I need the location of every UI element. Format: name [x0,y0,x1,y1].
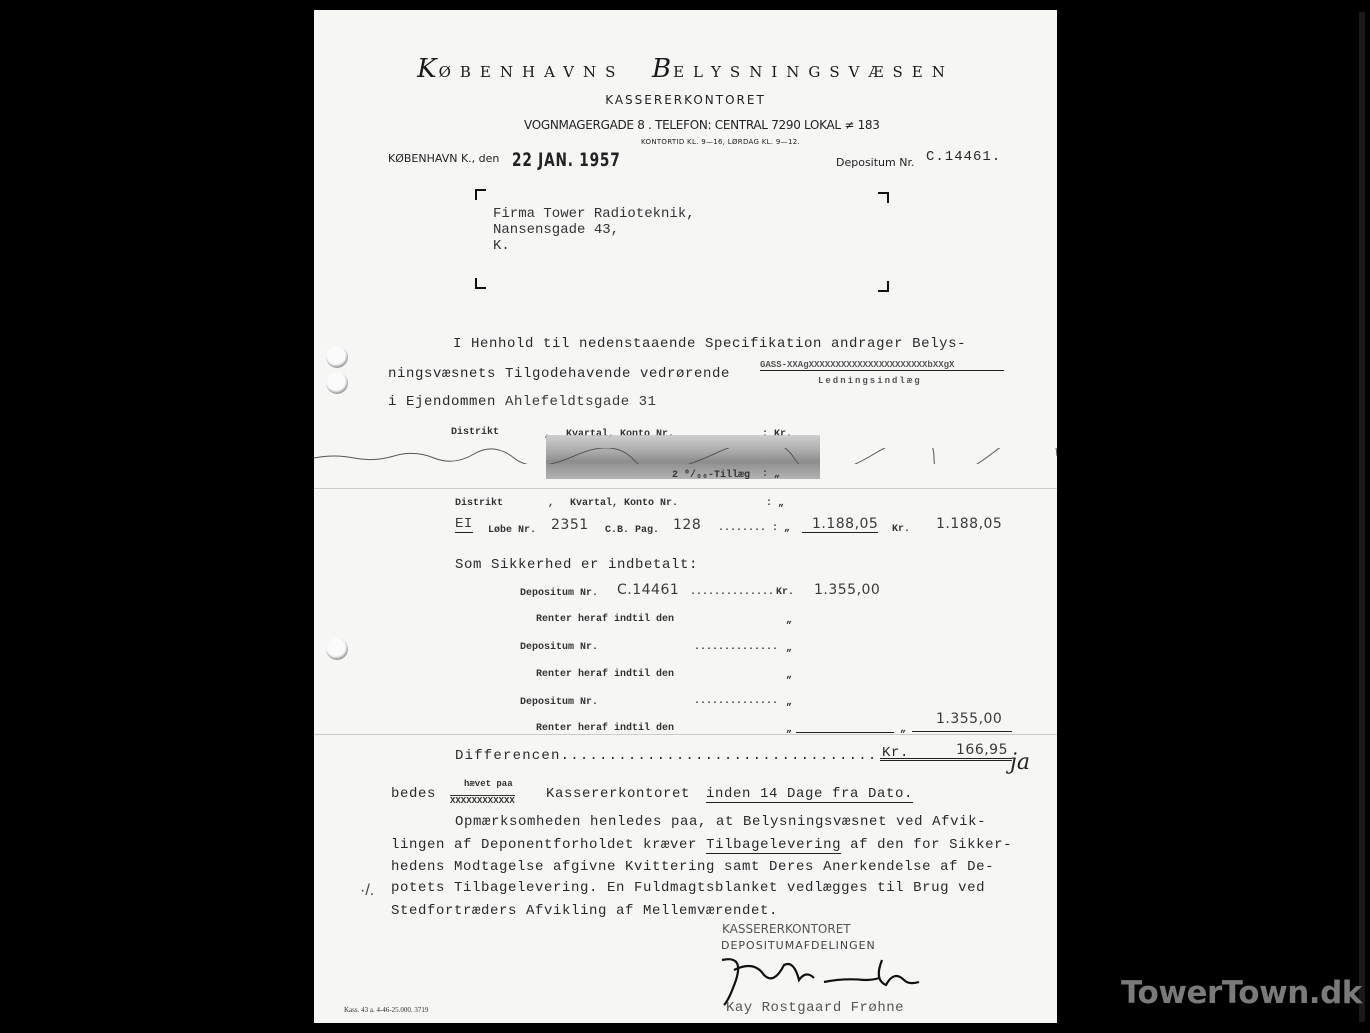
department-name: KASSERERKONTORET [314,93,1057,107]
cb-page: 128 [673,517,701,533]
code: EI [455,516,473,533]
quote-mark: „ [786,670,792,681]
property-address: Ahlefeldtsgade 31 [505,394,656,410]
deposit-label: Depositum Nr. [520,588,598,599]
colon: : „ [766,498,784,509]
notice-line-5: Stedfortræders Afvikling af Mellemværend… [391,903,778,919]
intro-line-2: ningsvæsnets Tilgodehavende vedrørende [388,366,730,382]
run-number-label: Løbe Nr. [488,525,536,536]
double-underline [880,758,1012,761]
deposit-number: C.14461. [926,149,1001,165]
deposit-number: C.14461 [617,582,679,598]
dots: .............. [694,642,778,653]
tear-line [314,448,1057,464]
security-total: 1.355,00 [936,711,1002,727]
frame-edge [1359,12,1365,1022]
cb-page-label: C.B. Pag. [605,525,659,536]
district-label: Distrikt [451,427,499,438]
surcharge-label: 2 ⁰/₀₀-Tillæg [672,469,750,481]
signatories: Kay Rostgaard Frøhne [726,1000,904,1016]
intro-line-1: I Henhold til nedenstaaende Specifikatio… [453,336,966,352]
district-label: Distrikt [455,498,503,509]
divider [314,488,1057,489]
punch-hole [326,372,348,394]
dots: ........ : „ [718,523,790,534]
office-address: VOGNMAGERGADE 8 . TELEFON: CENTRAL 7290 … [524,118,880,132]
form-code: Kass. 43 a. 4-46-25.000. 3719 [344,1006,428,1014]
subject-overtyped: Ledningsindlæg [818,376,922,386]
deposit-amount: 1.355,00 [814,582,880,598]
security-heading: Som Sikkerhed er indbetalt: [455,557,698,573]
letterhead-title: KØBENHAVNS BELYSNINGSVÆSEN [314,54,1057,84]
blank-line [796,732,894,733]
quote-mark: „ [786,615,792,626]
run-number: 2351 [551,517,589,533]
recipient-address: Firma Tower Radioteknik, Nansensgade 43,… [493,206,695,254]
quote-mark: „ [786,643,792,654]
stamp-line-1: KASSERERKONTORET [722,922,851,936]
divider [314,734,1057,735]
interest-label: Renter heraf indtil den [536,723,674,734]
dots: .............. [690,587,774,598]
total-line [912,731,1012,732]
punch-hole [326,346,348,368]
deposit-label: Depositum Nr. [836,156,914,169]
window-corner-mark [475,189,486,200]
request-deadline: inden 14 Dage fra Dato. [706,786,913,803]
notice-line-1: Opmærksomheden henledes paa, at Belysnin… [455,814,986,830]
city-label: KØBENHAVN K., den [388,152,499,165]
dots: .............. [694,696,778,707]
line-amount: 1.188,05 [802,516,878,533]
notice-line-3: hedens Modtagelse afgivne Kvittering sam… [391,859,994,875]
comma: , [548,498,554,509]
request-prefix: bedes [391,786,436,802]
line-total: 1.188,05 [936,516,1002,532]
interest-label: Renter heraf indtil den [536,614,674,625]
request-office: Kassererkontoret [546,786,690,802]
window-corner-mark [475,278,486,289]
request-overtyped: hævet paa [464,779,513,789]
deposit-label: Depositum Nr. [520,642,598,653]
window-corner-mark [878,281,889,292]
punch-hole [326,638,348,660]
margin-mark: ·/. [360,882,374,900]
deposit-label: Depositum Nr. [520,697,598,708]
window-corner-mark [878,192,889,203]
date-stamp: 22 JAN. 1957 [512,149,621,171]
struck-text: GASS-XXAgXXXXXXXXXXXXXXXXXXXXXXbXXgX [760,360,1004,371]
intro-line-3: i Ejendommen Ahlefeldtsgade 31 [388,394,656,410]
quote-mark: „ [786,697,792,708]
kr-label: Kr. [776,587,794,598]
handwritten-mark: ja [1010,750,1030,775]
quarter-account-label: Kvartal, Konto Nr. [570,498,678,509]
request-struck: XXXXXXXXXXXX [450,795,515,806]
notice-line-4: potets Tilbagelevering. En Fuldmagtsblan… [391,880,985,896]
difference-label: Differencen.............................… [455,748,875,764]
office-hours: KONTORTID KL. 9—16, LØRDAG KL. 9—12. [641,138,800,146]
notice-line-2: lingen af Deponentforholdet kræver Tilba… [391,837,1012,853]
difference-amount: 166,95 [956,742,1008,758]
colon: : „ [762,469,780,480]
emphasis: Tilbagelevering [706,837,841,854]
watermark: TowerTown.dk [1121,975,1362,1011]
interest-label: Renter heraf indtil den [536,669,674,680]
kr-label: Kr. [892,524,910,535]
document-page: KØBENHAVNS BELYSNINGSVÆSEN KASSERERKONTO… [314,10,1057,1023]
